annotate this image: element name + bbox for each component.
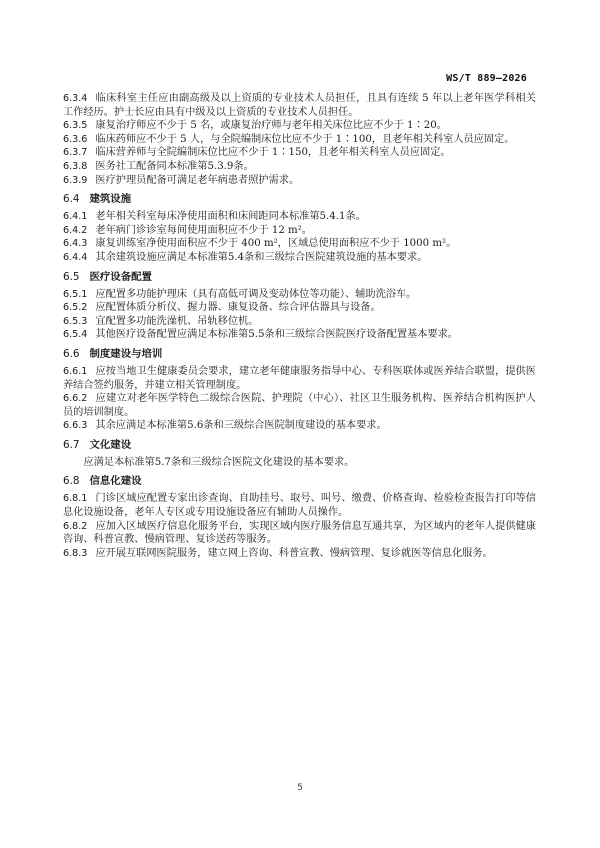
section-6-7-body: 应满足本标准第5.7条和三级综合医院文化建设的基本要求。 [63, 456, 536, 470]
clause-number: 6.5.2 [63, 302, 87, 313]
clause-text: 医疗护理员配备可满足老年病患者照护需求。 [95, 175, 299, 186]
clause-text: 其余建筑设施应满足本标准第5.4条和三级综合医院建筑设施的基本要求。 [95, 252, 427, 263]
clause-number: 6.8.2 [63, 521, 87, 532]
clause-number: 6.4.3 [63, 238, 87, 249]
clause-number: 6.3.6 [63, 134, 87, 145]
clause-number: 6.4.1 [63, 211, 87, 222]
clause-text: 应开展互联网医院服务，建立网上咨询、科普宣教、慢病管理、复诊就医等信息化服务。 [95, 548, 492, 559]
clause-6-5-1: 6.5.1应配置多功能护理床（具有高低可调及变动体位等功能）、辅助洗浴车。 [63, 288, 536, 302]
standard-code: WS/T 889—2026 [446, 73, 527, 84]
clause-text: 康复训练室净使用面积应不少于 400 m²，区域总使用面积应不少于 1000 m… [95, 238, 456, 249]
clause-6-8-1: 6.8.1门诊区域应配置专家出诊查询、自助挂号、取号、叫号、缴费、价格查询、检验… [63, 492, 536, 519]
clause-6-6-3: 6.6.3其余应满足本标准第5.6条和三级综合医院制度建设的基本要求。 [63, 419, 536, 433]
clause-text: 应建立对老年医学特色二级综合医院、护理院（中心）、社区卫生服务机构、医养结合机构… [63, 393, 536, 418]
clause-6-3-4: 6.3.4临床科室主任应由副高级及以上资质的专业技术人员担任，且具有连续 5 年… [63, 92, 536, 119]
clause-6-4-1: 6.4.1老年相关科室每床净使用面积和床间距同本标准第5.4.1条。 [63, 210, 536, 224]
section-number: 6.5 [63, 271, 80, 283]
section-heading-6-7: 6.7文化建设 [63, 438, 536, 452]
clause-text: 临床药师应不少于 5 人，与全院编制床位比应不少于 1∶100，且老年相关科室人… [95, 134, 514, 145]
clause-number: 6.6.2 [63, 393, 87, 404]
clause-text: 应加入区域医疗信息化服务平台，实现区域内医疗服务信息互通共享，为区域内的老年人提… [63, 521, 536, 546]
section-title: 信息化建设 [90, 475, 142, 487]
clause-6-5-3: 6.5.3宜配置多功能洗澡机、吊轨移位机。 [63, 315, 536, 329]
section-title: 医疗设备配置 [90, 271, 152, 283]
clause-number: 6.6.3 [63, 420, 87, 431]
section-title: 文化建设 [90, 439, 132, 451]
clause-6-3-8: 6.3.8医务社工配备同本标准第5.3.9条。 [63, 160, 536, 174]
clause-text: 医务社工配备同本标准第5.3.9条。 [95, 161, 253, 172]
clause-6-4-4: 6.4.4其余建筑设施应满足本标准第5.4条和三级综合医院建筑设施的基本要求。 [63, 251, 536, 265]
clause-text: 应配置体质分析仪、握力器、康复设备、综合评估器具与设备。 [95, 302, 380, 313]
clause-number: 6.3.7 [63, 147, 87, 158]
section-title: 建筑设施 [90, 193, 132, 205]
clause-text: 宜配置多功能洗澡机、吊轨移位机。 [95, 316, 258, 327]
clause-6-4-3: 6.4.3康复训练室净使用面积应不少于 400 m²，区域总使用面积应不少于 1… [63, 237, 536, 251]
section-heading-6-4: 6.4建筑设施 [63, 192, 536, 206]
clause-text: 老年病门诊诊室每间使用面积应不少于 12 m²。 [95, 225, 312, 236]
clause-number: 6.8.3 [63, 548, 87, 559]
clause-text: 老年相关科室每床净使用面积和床间距同本标准第5.4.1条。 [95, 211, 365, 222]
clause-6-8-2: 6.8.2应加入区域医疗信息化服务平台，实现区域内医疗服务信息互通共享，为区域内… [63, 520, 536, 547]
clause-number: 6.4.2 [63, 225, 87, 236]
clause-6-3-9: 6.3.9医疗护理员配备可满足老年病患者照护需求。 [63, 174, 536, 188]
clause-number: 6.3.5 [63, 120, 87, 131]
section-heading-6-8: 6.8信息化建设 [63, 474, 536, 488]
section-heading-6-5: 6.5医疗设备配置 [63, 270, 536, 284]
clause-6-5-2: 6.5.2应配置体质分析仪、握力器、康复设备、综合评估器具与设备。 [63, 301, 536, 315]
clause-6-3-6: 6.3.6临床药师应不少于 5 人，与全院编制床位比应不少于 1∶100，且老年… [63, 133, 536, 147]
clause-number: 6.5.3 [63, 316, 87, 327]
section-heading-6-6: 6.6制度建设与培训 [63, 347, 536, 361]
clause-text: 其余应满足本标准第5.6条和三级综合医院制度建设的基本要求。 [95, 420, 386, 431]
clause-6-6-1: 6.6.1应按当地卫生健康委员会要求，建立老年健康服务指导中心、专科医联体或医养… [63, 365, 536, 392]
clause-number: 6.3.9 [63, 175, 87, 186]
clause-text: 应按当地卫生健康委员会要求，建立老年健康服务指导中心、专科医联体或医养结合联盟，… [63, 366, 536, 391]
section-number: 6.4 [63, 193, 80, 205]
clause-text: 康复治疗师应不少于 5 名，或康复治疗师与老年相关床位比应不少于 1∶20。 [95, 120, 446, 131]
section-number: 6.6 [63, 348, 80, 360]
clause-number: 6.3.4 [63, 93, 87, 104]
section-number: 6.8 [63, 475, 80, 487]
clause-6-4-2: 6.4.2老年病门诊诊室每间使用面积应不少于 12 m²。 [63, 224, 536, 238]
clause-text: 临床营养师与全院编制床位比应不少于 1∶150，且老年相关科室人员应固定。 [95, 147, 450, 158]
clause-6-8-3: 6.8.3应开展互联网医院服务，建立网上咨询、科普宣教、慢病管理、复诊就医等信息… [63, 547, 536, 561]
clause-number: 6.4.4 [63, 252, 87, 263]
document-body: 6.3.4临床科室主任应由副高级及以上资质的专业技术人员担任，且具有连续 5 年… [63, 92, 536, 560]
clause-number: 6.8.1 [63, 493, 87, 504]
clause-number: 6.3.8 [63, 161, 87, 172]
clause-number: 6.6.1 [63, 366, 87, 377]
clause-text: 临床科室主任应由副高级及以上资质的专业技术人员担任，且具有连续 5 年以上老年医… [63, 93, 536, 118]
clause-number: 6.5.1 [63, 289, 87, 300]
clause-6-3-5: 6.3.5康复治疗师应不少于 5 名，或康复治疗师与老年相关床位比应不少于 1∶… [63, 119, 536, 133]
clause-text: 门诊区域应配置专家出诊查询、自助挂号、取号、叫号、缴费、价格查询、检验检查报告打… [63, 493, 536, 518]
section-number: 6.7 [63, 439, 80, 451]
clause-text: 应配置多功能护理床（具有高低可调及变动体位等功能）、辅助洗浴车。 [95, 289, 416, 300]
clause-6-3-7: 6.3.7临床营养师与全院编制床位比应不少于 1∶150，且老年相关科室人员应固… [63, 146, 536, 160]
clause-6-6-2: 6.6.2应建立对老年医学特色二级综合医院、护理院（中心）、社区卫生服务机构、医… [63, 392, 536, 419]
clause-text: 其他医疗设备配置应满足本标准第5.5条和三级综合医院医疗设备配置基本要求。 [95, 329, 458, 340]
clause-6-5-4: 6.5.4其他医疗设备配置应满足本标准第5.5条和三级综合医院医疗设备配置基本要… [63, 328, 536, 342]
page-number: 5 [0, 783, 600, 793]
clause-number: 6.5.4 [63, 329, 87, 340]
section-title: 制度建设与培训 [90, 348, 163, 360]
